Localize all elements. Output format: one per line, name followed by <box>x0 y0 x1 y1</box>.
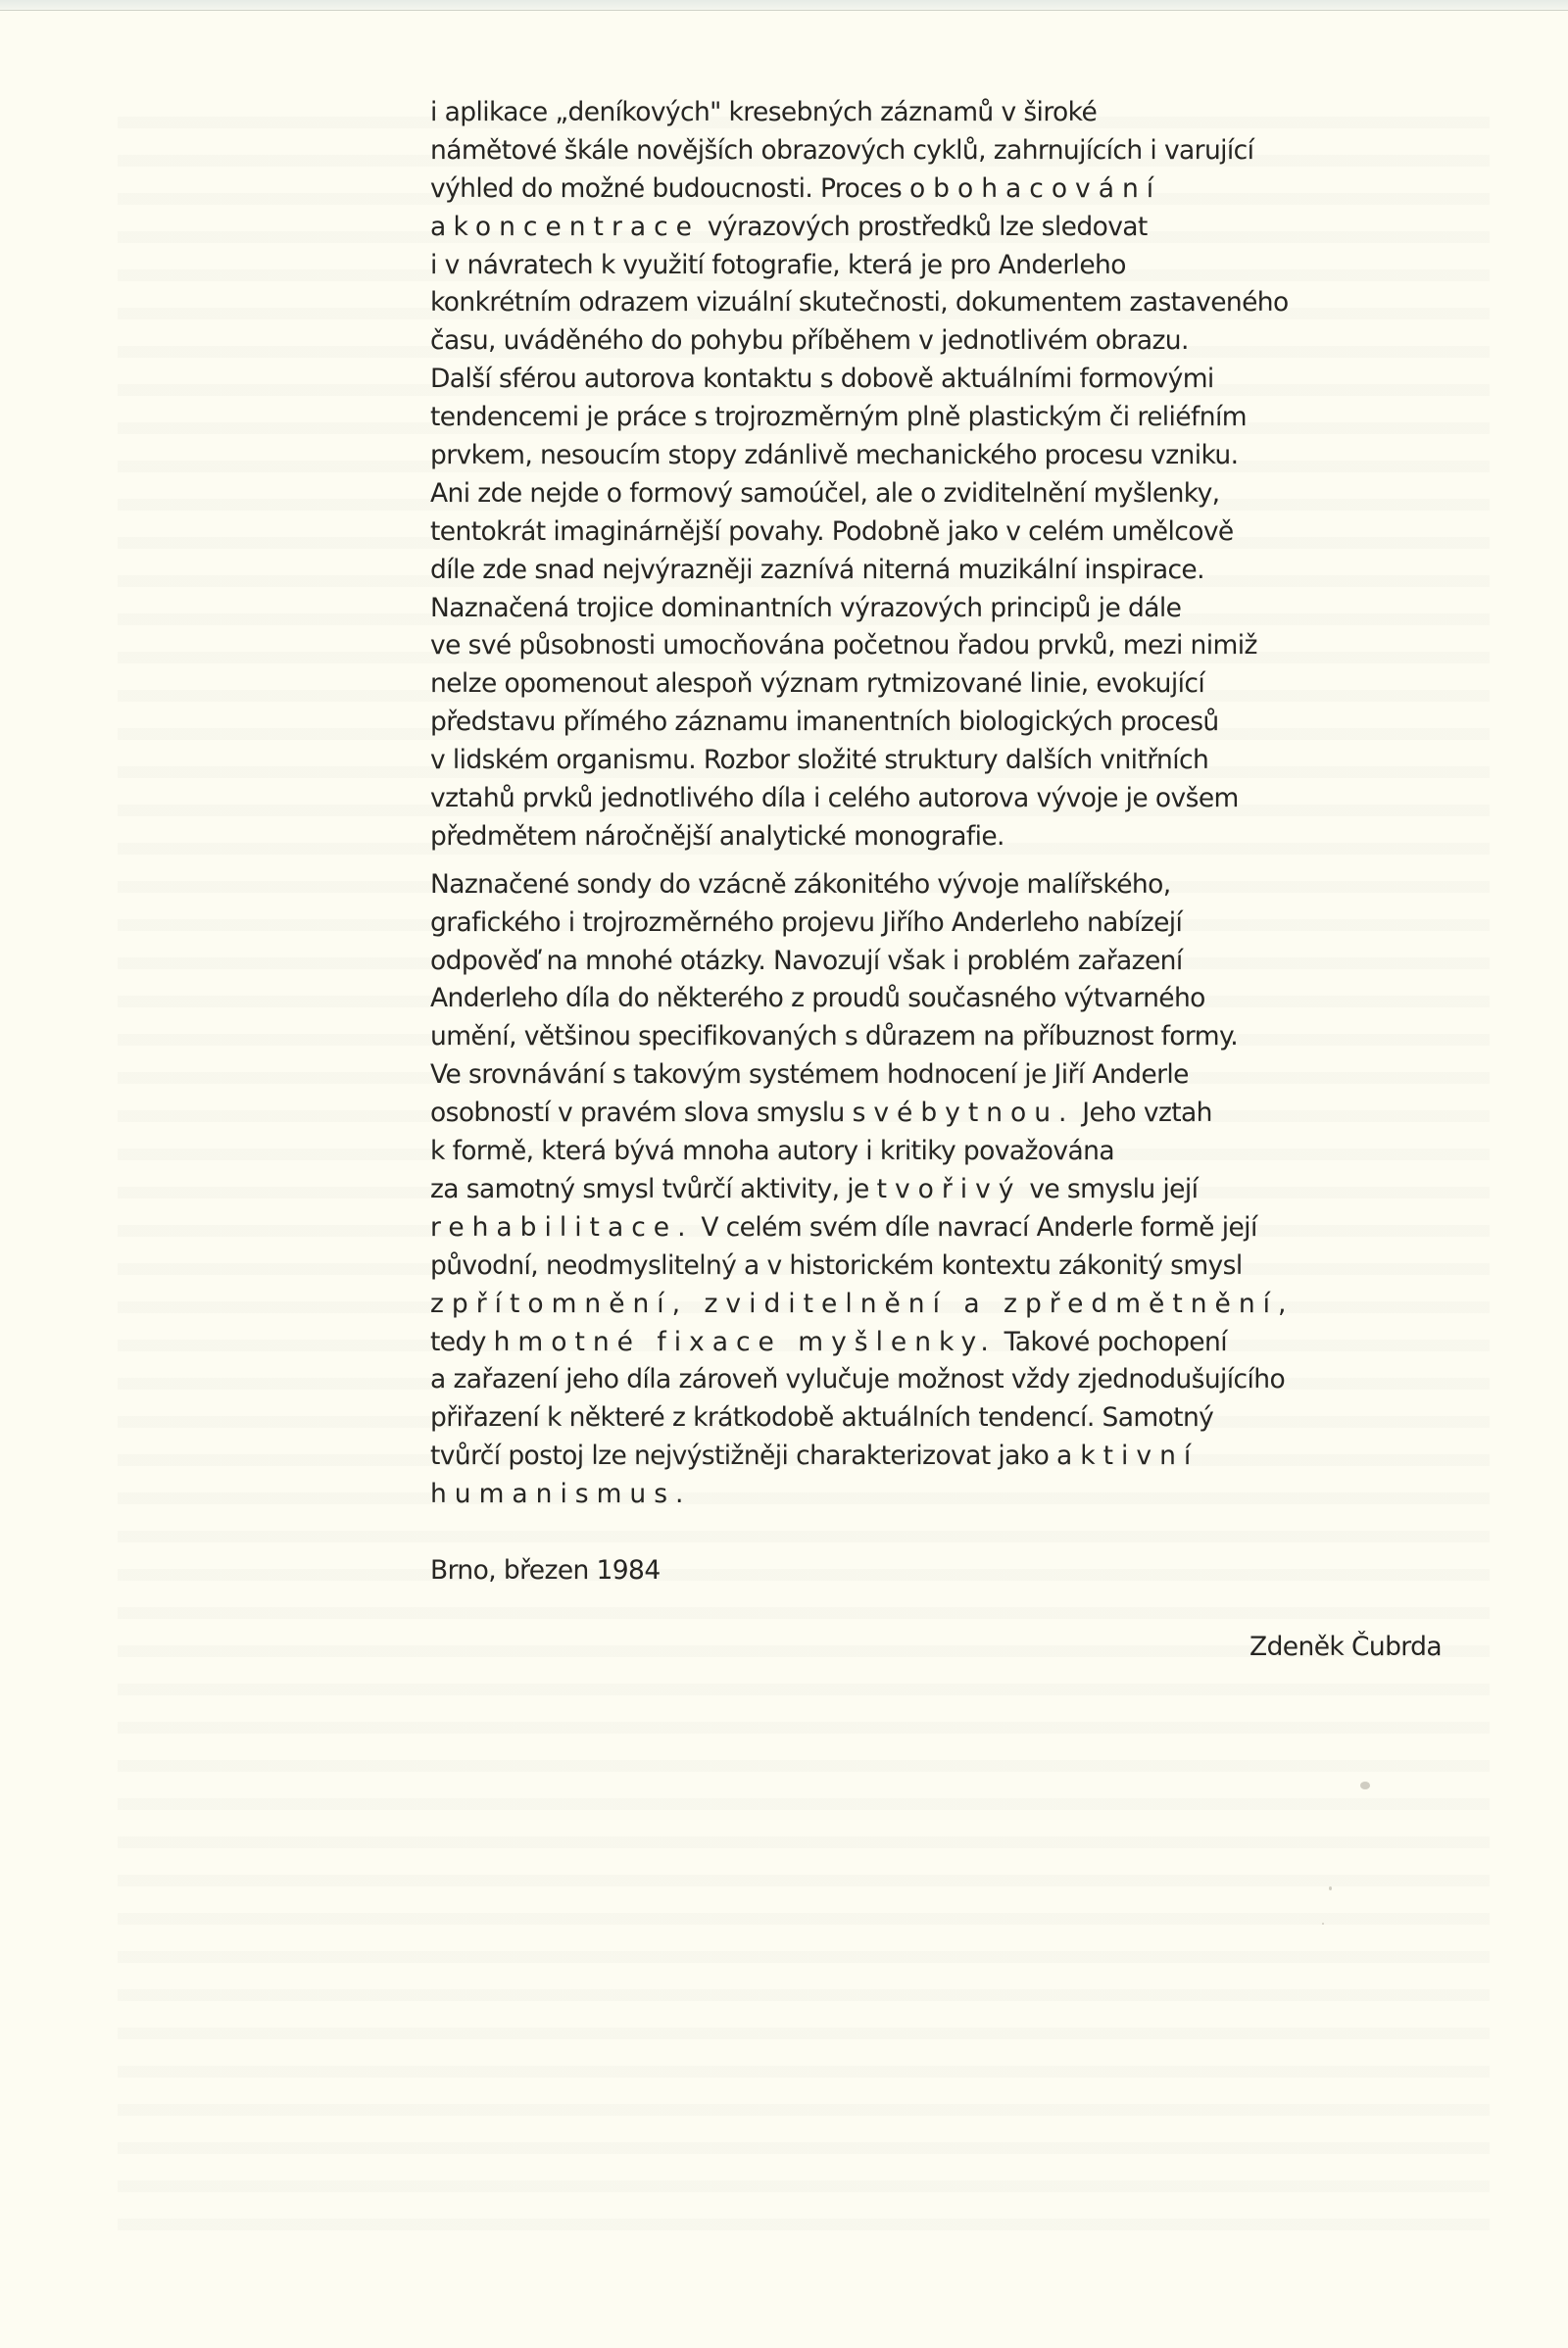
text-segment: ve své působnosti umocňována početnou řa… <box>430 630 1257 660</box>
text-segment: tentokrát imaginárnější povahy. Podobně … <box>430 516 1234 547</box>
text-segment: výhled do možné budoucnosti. Proces <box>430 173 909 204</box>
text-line: Naznačené sondy do vzácně zákonitého výv… <box>430 866 1449 905</box>
text-segment: výrazových prostředků lze sledovat <box>700 212 1148 242</box>
author-signature: Zdeněk Čubrda <box>430 1629 1449 1667</box>
paragraph-conclusion: Naznačené sondy do vzácně zákonitého výv… <box>430 866 1449 1514</box>
emphasis-spaced: aktivní <box>1056 1441 1199 1471</box>
text-line: vztahů prvků jednotlivého díla i celého … <box>430 780 1449 818</box>
text-segment: V celém svém díle navrací Anderle formě … <box>694 1212 1257 1243</box>
paragraph-gap <box>430 856 1449 866</box>
text-line: osobností v pravém slova smyslu svébytno… <box>430 1095 1449 1133</box>
text-segment: Anderleho díla do některého z proudů sou… <box>430 983 1205 1013</box>
text-segment: osobností v pravém slova smyslu <box>430 1098 853 1128</box>
text-line: rehabilitace. V celém svém díle navrací … <box>430 1209 1449 1247</box>
emphasis-spaced: hmotné fixace myšlenky. <box>494 1327 997 1357</box>
text-segment: tedy <box>430 1327 494 1357</box>
text-segment: představu přímého záznamu imanentních bi… <box>430 707 1219 737</box>
text-segment: přiřazení k některé z krátkodobě aktuáln… <box>430 1402 1213 1433</box>
blank-line <box>430 1590 1449 1629</box>
text-segment: odpověď na mnohé otázky. Navozují však i… <box>430 946 1183 976</box>
text-segment: a zařazení jeho díla zároveň vylučuje mo… <box>430 1364 1285 1394</box>
text-line: Další sférou autorova kontaktu s dobově … <box>430 361 1449 399</box>
text-line: výhled do možné budoucnosti. Proces oboh… <box>430 171 1449 209</box>
text-line: tvůrčí postoj lze nejvýstižněji charakte… <box>430 1438 1449 1476</box>
text-line: a zařazení jeho díla zároveň vylučuje mo… <box>430 1361 1449 1399</box>
text-line: díle zde snad nejvýrazněji zaznívá niter… <box>430 552 1449 590</box>
text-line: prvkem, nesoucím stopy zdánlivě mechanic… <box>430 437 1449 475</box>
text-segment: Takové pochopení <box>997 1327 1227 1357</box>
paper-speck <box>1360 1782 1370 1789</box>
emphasis-spaced: humanismus. <box>430 1479 691 1509</box>
text-line: času, uváděného do pohybu příběhem v jed… <box>430 322 1449 361</box>
text-segment: umění, většinou specifikovaných s důraze… <box>430 1021 1238 1052</box>
paper-speck <box>1329 1886 1332 1890</box>
paper-speck <box>1322 1923 1324 1925</box>
text-line: Naznačená trojice dominantních výrazovýc… <box>430 590 1449 628</box>
text-segment: konkrétním odrazem vizuální skutečnosti,… <box>430 287 1289 318</box>
text-line: ve své působnosti umocňována početnou řa… <box>430 627 1449 665</box>
text-line: a koncentrace výrazových prostředků lze … <box>430 209 1449 247</box>
text-segment: námětové škále novějších obrazových cykl… <box>430 135 1253 166</box>
text-line: představu přímého záznamu imanentních bi… <box>430 704 1449 742</box>
text-segment: v lidském organismu. Rozbor složité stru… <box>430 745 1208 775</box>
emphasis-spaced: tvořivý <box>877 1174 1022 1204</box>
text-line: Anderleho díla do některého z proudů sou… <box>430 980 1449 1018</box>
text-line: humanismus. <box>430 1476 1449 1514</box>
text-line: Ani zde nejde o formový samoúčel, ale o … <box>430 475 1449 514</box>
text-segment: ve smyslu její <box>1022 1174 1199 1204</box>
text-line: tedy hmotné fixace myšlenky. Takové poch… <box>430 1324 1449 1362</box>
document-body: i aplikace „deníkových" kresebných zázna… <box>430 94 1449 1667</box>
text-line: tentokrát imaginárnější povahy. Podobně … <box>430 514 1449 552</box>
emphasis-spaced: obohacování <box>909 173 1161 204</box>
text-line: i aplikace „deníkových" kresebných zázna… <box>430 94 1449 132</box>
text-segment: Další sférou autorova kontaktu s dobově … <box>430 364 1214 394</box>
text-line: v lidském organismu. Rozbor složité stru… <box>430 742 1449 780</box>
place-date: Brno, březen 1984 <box>430 1552 1449 1590</box>
text-line: umění, většinou specifikovaných s důraze… <box>430 1018 1449 1056</box>
text-line: k formě, která bývá mnoha autory i kriti… <box>430 1133 1449 1171</box>
text-segment: Ani zde nejde o formový samoúčel, ale o … <box>430 478 1219 509</box>
emphasis-spaced: svébytnou. <box>853 1098 1075 1128</box>
text-line: přiřazení k některé z krátkodobě aktuáln… <box>430 1399 1449 1438</box>
text-segment: nelze opomenout alespoň význam rytmizova… <box>430 668 1204 699</box>
emphasis-spaced: koncentrace <box>453 212 699 242</box>
text-line: zpřítomnění, zviditelnění a zpředmětnění… <box>430 1286 1449 1324</box>
text-line: tendencemi je práce s trojrozměrným plně… <box>430 399 1449 437</box>
text-segment: vztahů prvků jednotlivého díla i celého … <box>430 783 1239 813</box>
text-segment: k formě, která bývá mnoha autory i kriti… <box>430 1136 1114 1166</box>
text-segment: Ve srovnávání s takovým systémem hodnoce… <box>430 1059 1189 1090</box>
text-segment: času, uváděného do pohybu příběhem v jed… <box>430 325 1189 356</box>
paragraph-main: i aplikace „deníkových" kresebných zázna… <box>430 94 1449 856</box>
text-segment: grafického i trojrozměrného projevu Jiří… <box>430 907 1182 938</box>
text-line: za samotný smysl tvůrčí aktivity, je tvo… <box>430 1171 1449 1209</box>
text-line: odpověď na mnohé otázky. Navozují však i… <box>430 943 1449 981</box>
text-segment: i aplikace „deníkových" kresebných zázna… <box>430 97 1097 127</box>
text-line: i v návratech k využití fotografie, kter… <box>430 247 1449 285</box>
text-segment: za samotný smysl tvůrčí aktivity, je <box>430 1174 877 1204</box>
scan-top-edge <box>0 0 1568 11</box>
text-line: předmětem náročnější analytické monograf… <box>430 818 1449 856</box>
emphasis-spaced: zpřítomnění, zviditelnění a zpředmětnění… <box>430 1289 1294 1319</box>
text-line: původní, neodmyslitelný a v historickém … <box>430 1247 1449 1286</box>
text-segment: Naznačená trojice dominantních výrazovýc… <box>430 593 1181 623</box>
text-segment: a <box>430 212 453 242</box>
text-segment: díle zde snad nejvýrazněji zaznívá niter… <box>430 555 1204 585</box>
text-segment: tendencemi je práce s trojrozměrným plně… <box>430 402 1247 432</box>
blank-line <box>430 1514 1449 1552</box>
text-segment: Naznačené sondy do vzácně zákonitého výv… <box>430 869 1171 900</box>
text-segment: předmětem náročnější analytické monograf… <box>430 821 1004 852</box>
text-segment: prvkem, nesoucím stopy zdánlivě mechanic… <box>430 440 1238 470</box>
text-line: Ve srovnávání s takovým systémem hodnoce… <box>430 1056 1449 1095</box>
text-line: grafického i trojrozměrného projevu Jiří… <box>430 905 1449 943</box>
text-segment: původní, neodmyslitelný a v historickém … <box>430 1250 1243 1281</box>
text-segment: tvůrčí postoj lze nejvýstižněji charakte… <box>430 1441 1056 1471</box>
text-segment: i v návratech k využití fotografie, kter… <box>430 250 1126 280</box>
emphasis-spaced: rehabilitace. <box>430 1212 694 1243</box>
text-line: nelze opomenout alespoň význam rytmizova… <box>430 665 1449 704</box>
text-segment: Jeho vztah <box>1074 1098 1211 1128</box>
text-line: konkrétním odrazem vizuální skutečnosti,… <box>430 284 1449 322</box>
text-line: námětové škále novějších obrazových cykl… <box>430 132 1449 171</box>
